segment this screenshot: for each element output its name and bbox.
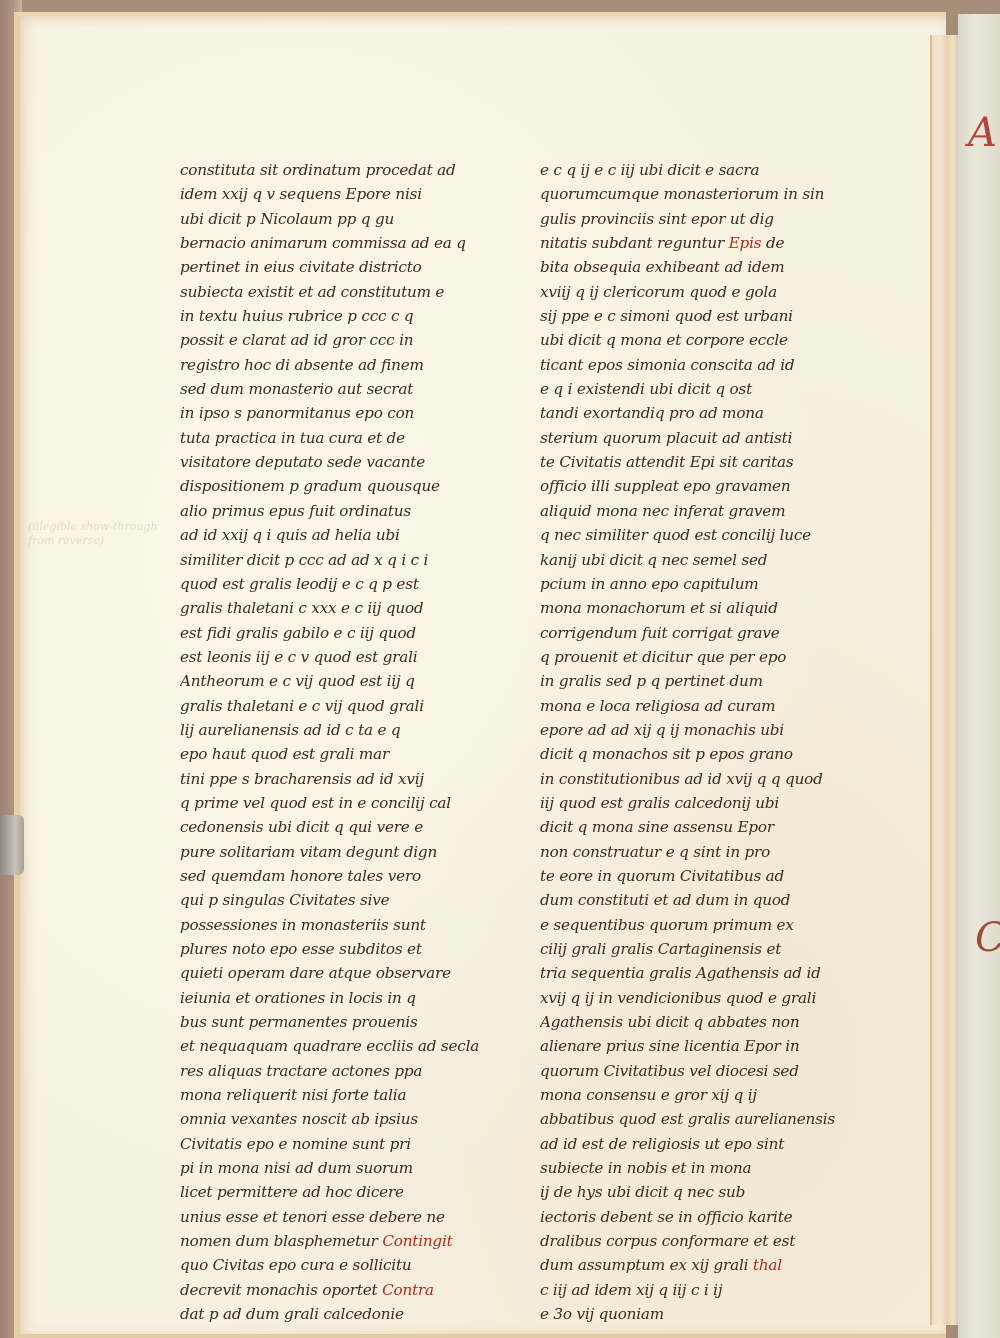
text-line: Antheorum e c vij quod est iij q — [180, 669, 500, 693]
text-line: licet permittere ad hoc dicere — [180, 1180, 500, 1204]
text-line: bernacio animarum commissa ad ea q — [180, 231, 500, 255]
text-line: iectoris debent se in officio karite — [540, 1205, 860, 1229]
text-line: mona e loca religiosa ad curam — [540, 694, 860, 718]
text-line: quorumcumque monasteriorum in sin — [540, 182, 860, 206]
text-line: nomen dum blasphemetur Contingit — [180, 1229, 500, 1253]
text-line: dicit q monachos sit p epos grano — [540, 742, 860, 766]
adjacent-leaf-initial-c: C — [975, 915, 1000, 961]
text-line: e 3o vij quoniam — [540, 1302, 860, 1326]
text-line: sed dum monasterio aut secrat — [180, 377, 500, 401]
text-line: alio primus epus fuit ordinatus — [180, 499, 500, 523]
text-line: mona reliquerit nisi forte talia — [180, 1083, 500, 1107]
text-line: te eore in quorum Civitatibus ad — [540, 864, 860, 888]
text-line: similiter dicit p ccc ad ad x q i c i — [180, 548, 500, 572]
text-line: dum constituti et ad dum in quod — [540, 888, 860, 912]
text-line: decrevit monachis oportet Contra — [180, 1278, 500, 1302]
text-line: pcium in anno epo capitulum — [540, 572, 860, 596]
text-line: epo haut quod est grali mar — [180, 742, 500, 766]
text-line: registro hoc di absente ad finem — [180, 353, 500, 377]
text-line: pure solitariam vitam degunt dign — [180, 840, 500, 864]
show-through-text: (illegible show-through from reverse) — [28, 520, 158, 548]
text-line: xvij q ij in vendicionibus quod e grali — [540, 986, 860, 1010]
text-line: et nequaquam quadrare eccliis ad secla — [180, 1034, 500, 1058]
text-line: quorum Civitatibus vel diocesi sed — [540, 1059, 860, 1083]
text-line: possessiones in monasteriis sunt — [180, 913, 500, 937]
text-line: corrigendum fuit corrigat grave — [540, 621, 860, 645]
text-line: dispositionem p gradum quousque — [180, 474, 500, 498]
rubric-word: Contingit — [382, 1232, 452, 1250]
text-line: te Civitatis attendit Epi sit caritas — [540, 450, 860, 474]
text-line: ad id est de religiosis ut epo sint — [540, 1132, 860, 1156]
text-line: nitatis subdant reguntur Epis de — [540, 231, 860, 255]
text-line: ij de hys ubi dicit q nec sub — [540, 1180, 860, 1204]
text-line: e c q ij e c iij ubi dicit e sacra — [540, 158, 860, 182]
text-line: e sequentibus quorum primum ex — [540, 913, 860, 937]
adjacent-leaf-initial-a: A — [968, 110, 997, 156]
text-line: tria sequentia gralis Agathensis ad id — [540, 961, 860, 985]
text-line: lij aurelianensis ad id c ta e q — [180, 718, 500, 742]
text-line: ad id xxij q i quis ad helia ubi — [180, 523, 500, 547]
page-gutter — [930, 35, 960, 1325]
text-line: mona consensu e gror xij q ij — [540, 1083, 860, 1107]
text-line: quo Civitas epo cura e sollicitu — [180, 1253, 500, 1277]
text-line: q prouenit et dicitur que per epo — [540, 645, 860, 669]
text-line: quieti operam dare atque observare — [180, 961, 500, 985]
right-column: e c q ij e c iij ubi dicit e sacraquorum… — [540, 158, 860, 1327]
text-line: bus sunt permanentes prouenis — [180, 1010, 500, 1034]
text-line: dum assumptum ex xij grali thal — [540, 1253, 860, 1277]
text-line: Agathensis ubi dicit q abbates non — [540, 1010, 860, 1034]
text-line: officio illi suppleat epo gravamen — [540, 474, 860, 498]
clasp-icon — [0, 815, 24, 875]
text-line: in constitutionibus ad id xvij q q quod — [540, 767, 860, 791]
rubric-word: Epis — [729, 234, 762, 252]
text-line: cedonensis ubi dicit q qui vere e — [180, 815, 500, 839]
text-line: iij quod est gralis calcedonij ubi — [540, 791, 860, 815]
text-line: Civitatis epo e nomine sunt pri — [180, 1132, 500, 1156]
text-line: subiecta existit et ad constitutum e — [180, 280, 500, 304]
text-line: est fidi gralis gabilo e c iij quod — [180, 621, 500, 645]
text-line: quod est gralis leodij e c q p est — [180, 572, 500, 596]
text-line: kanij ubi dicit q nec semel sed — [540, 548, 860, 572]
text-line: sij ppe e c simoni quod est urbani — [540, 304, 860, 328]
text-line: abbatibus quod est gralis aurelianensis — [540, 1107, 860, 1131]
text-line: epore ad ad xij q ij monachis ubi — [540, 718, 860, 742]
text-line: c iij ad idem xij q iij c i ij — [540, 1278, 860, 1302]
text-line: tini ppe s bracharensis ad id xvij — [180, 767, 500, 791]
text-line: dicit q mona sine assensu Epor — [540, 815, 860, 839]
text-line: q nec similiter quod est concilij luce — [540, 523, 860, 547]
text-line: ubi dicit p Nicolaum pp q gu — [180, 207, 500, 231]
text-line: omnia vexantes noscit ab ipsius — [180, 1107, 500, 1131]
text-line: in textu huius rubrice p ccc c q — [180, 304, 500, 328]
text-line: possit e clarat ad id gror ccc in — [180, 328, 500, 352]
text-line: tuta practica in tua cura et de — [180, 426, 500, 450]
text-line: cilij grali gralis Cartaginensis et — [540, 937, 860, 961]
text-line: sed quemdam honore tales vero — [180, 864, 500, 888]
text-line: aliquid mona nec inferat gravem — [540, 499, 860, 523]
adjacent-leaf — [958, 14, 1000, 1338]
text-line: idem xxij q v sequens Epore nisi — [180, 182, 500, 206]
text-line: bita obsequia exhibeant ad idem — [540, 255, 860, 279]
text-line: unius esse et tenori esse debere ne — [180, 1205, 500, 1229]
text-line: dat p ad dum grali calcedonie — [180, 1302, 500, 1326]
text-line: gralis thaletani c xxx e c iij quod — [180, 596, 500, 620]
text-line: q prime vel quod est in e concilij cal — [180, 791, 500, 815]
text-line: pertinet in eius civitate districto — [180, 255, 500, 279]
text-line: dralibus corpus conformare et est — [540, 1229, 860, 1253]
text-line: tandi exortandiq pro ad mona — [540, 401, 860, 425]
text-line: ticant epos simonia conscita ad id — [540, 353, 860, 377]
text-line: in ipso s panormitanus epo con — [180, 401, 500, 425]
text-line: constituta sit ordinatum procedat ad — [180, 158, 500, 182]
text-line: in gralis sed p q pertinet dum — [540, 669, 860, 693]
text-line: sterium quorum placuit ad antisti — [540, 426, 860, 450]
text-line: mona monachorum et si aliquid — [540, 596, 860, 620]
text-line: subiecte in nobis et in mona — [540, 1156, 860, 1180]
text-line: gulis provinciis sint epor ut dig — [540, 207, 860, 231]
text-line: visitatore deputato sede vacante — [180, 450, 500, 474]
text-line: ubi dicit q mona et corpore eccle — [540, 328, 860, 352]
rubric-word: thal — [753, 1256, 782, 1274]
text-line: e q i existendi ubi dicit q ost — [540, 377, 860, 401]
text-line: plures noto epo esse subditos et — [180, 937, 500, 961]
text-line: ieiunia et orationes in locis in q — [180, 986, 500, 1010]
text-line: res aliquas tractare actones ppa — [180, 1059, 500, 1083]
text-line: est leonis iij e c v quod est grali — [180, 645, 500, 669]
rubric-word: Contra — [382, 1281, 434, 1299]
text-line: non construatur e q sint in pro — [540, 840, 860, 864]
text-line: pi in mona nisi ad dum suorum — [180, 1156, 500, 1180]
text-line: xviij q ij clericorum quod e gola — [540, 280, 860, 304]
text-line: gralis thaletani e c vij quod grali — [180, 694, 500, 718]
text-line: alienare prius sine licentia Epor in — [540, 1034, 860, 1058]
left-column: constituta sit ordinatum procedat adidem… — [180, 158, 500, 1327]
text-line: qui p singulas Civitates sive — [180, 888, 500, 912]
